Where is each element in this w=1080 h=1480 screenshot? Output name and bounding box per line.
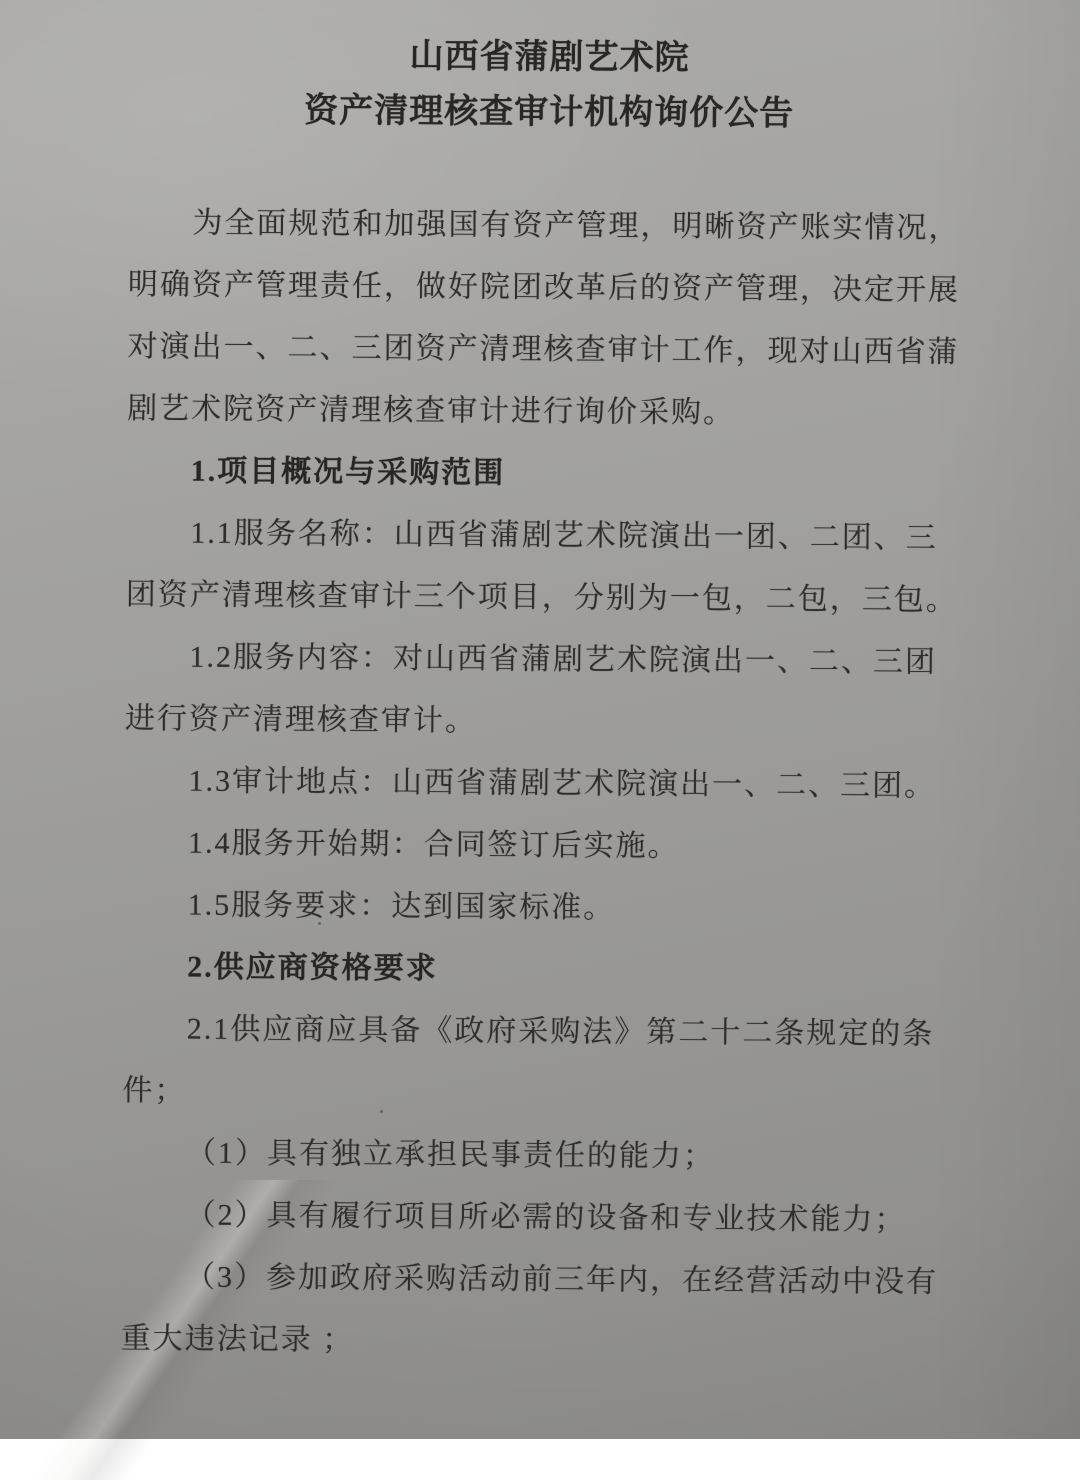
document-line: 进行资产清理核查审计。 [125, 688, 965, 756]
document-line: 剧艺术院资产清理核查审计进行询价采购。 [127, 378, 967, 446]
document-line: 件； [122, 1060, 962, 1128]
document-line: 1.5服务要求：达到国家标准。 [123, 874, 963, 942]
document-line: （3）参加政府采购活动前三年内，在经营活动中没有 [121, 1246, 961, 1314]
document-line: 2.供应商资格要求 [123, 936, 963, 1004]
document-line: 1.1服务名称：山西省蒲剧艺术院演出一团、二团、三 [126, 502, 966, 570]
document-line: （2）具有履行项目所必需的设备和专业技术能力； [121, 1184, 961, 1252]
document-body: 为全面规范和加强国有资产管理，明晰资产账实情况，明确资产管理责任，做好院团改革后… [120, 192, 968, 1376]
document-line: 2.1供应商应具备《政府采购法》第二十二条规定的条 [123, 998, 963, 1066]
document-line: 1.2服务内容：对山西省蒲剧艺术院演出一、二、三团 [125, 626, 965, 694]
document-line: 对演出一、二、三团资产清理核查审计工作，现对山西省蒲 [127, 316, 967, 384]
document-line: 为全面规范和加强国有资产管理，明晰资产账实情况， [128, 192, 968, 260]
document-line: （1）具有独立承担民事责任的能力； [122, 1122, 962, 1190]
document-page: 山西省蒲剧艺术院 资产清理核查审计机构询价公告 为全面规范和加强国有资产管理，明… [0, 0, 1080, 1377]
document-line: 重大违法记录 ； [120, 1308, 960, 1376]
document-line: 1.4服务开始期：合同签订后实施。 [124, 812, 964, 880]
document-line: 团资产清理核查审计三个项目，分别为一包，二包，三包。 [126, 564, 966, 632]
document-title-line-1: 山西省蒲剧艺术院 [129, 27, 969, 88]
document-title-line-2: 资产清理核查审计机构询价公告 [129, 82, 969, 143]
document-line: 1.项目概况与采购范围 [126, 440, 966, 508]
photo-background: 山西省蒲剧艺术院 资产清理核查审计机构询价公告 为全面规范和加强国有资产管理，明… [0, 0, 1080, 1439]
document-line: 1.3审计地点：山西省蒲剧艺术院演出一、二、三团。 [124, 750, 964, 818]
document-line: 明确资产管理责任，做好院团改革后的资产管理，决定开展 [128, 254, 968, 322]
